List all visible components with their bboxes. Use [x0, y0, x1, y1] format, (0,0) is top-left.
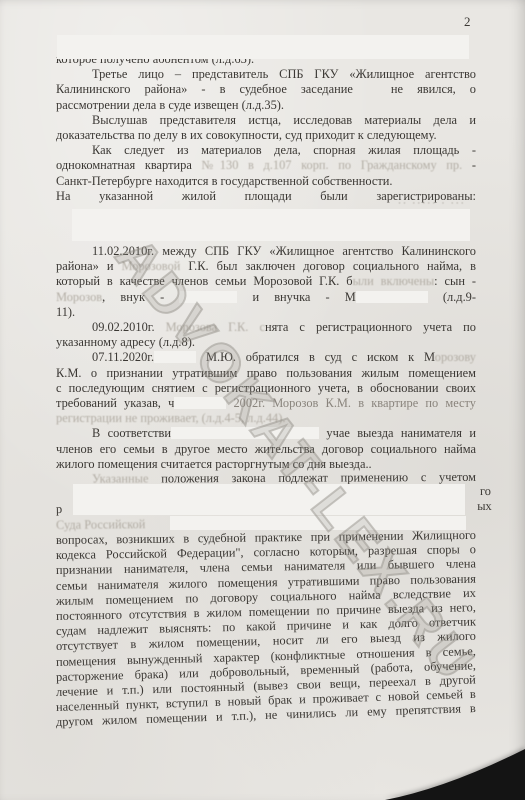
text-line: 09.02.2010г. Морозова Г.К. снята с регис… [56, 320, 476, 335]
text-segment: го [480, 484, 491, 498]
text-segment: и внучка - М [237, 290, 355, 304]
text-line: Морозов, внук - и внучка - М (л.д.9- [56, 290, 476, 305]
text-segment: 11). [56, 305, 75, 319]
text-segment: района» и [56, 259, 122, 273]
stray-marks: ·· ····· · ··· [398, 198, 466, 208]
text-line: членов его семьи в другое место жительст… [56, 442, 476, 457]
text-segment: ых [477, 499, 492, 513]
text-line: 11.02.2010г. между СПБ ГКУ «Жилищное аге… [56, 244, 476, 259]
text-segment: : сын - [434, 274, 476, 288]
text-line: требований указав, ч 2002г. Морозов К.М.… [56, 396, 476, 411]
page-number: 2 [464, 14, 471, 30]
text-segment: Третье лицо – представитель СПБ ГКУ «Жил… [92, 67, 476, 81]
redaction-box-ruling-2 [170, 516, 466, 530]
text-line: В соответстви учае выезда нанимателя и [56, 426, 476, 441]
text-segment: требований указав, ч [56, 396, 174, 410]
text-segment: М.Ю. обратился в суд с иском к М [196, 350, 435, 364]
text-line: Санкт-Петербурге находится в государстве… [56, 174, 476, 189]
text-segment: Морозовой [122, 259, 181, 273]
text-segment: К.М. о признании утратившим право пользо… [56, 366, 476, 380]
redaction-gap [179, 291, 237, 303]
text-line: однокомнатная квартира №130 в д.107 корп… [56, 158, 476, 173]
text-segment: Калининского района» - в судебное заседа… [56, 82, 353, 96]
text-line: Выслушав представителя истца, исследовав… [56, 113, 476, 128]
text-segment: ыли включены [353, 274, 435, 288]
text-segment: Морозова Г.К. с [166, 320, 265, 334]
redaction-gap [174, 397, 226, 409]
text-segment: однокомнатная квартира [56, 158, 201, 172]
text-line: 11). [56, 305, 476, 320]
text-segment: нята с регистрационного учета по [265, 320, 476, 334]
text-block: которое получено абонентом (л.д.63).Трет… [56, 52, 476, 731]
text-segment: 11.02.2010г. между СПБ ГКУ «Жилищное аге… [92, 244, 476, 258]
text-segment: Как следует из материалов дела, спорная … [92, 143, 476, 157]
text-line: 07.11.2020г. М.Ю. обратился в суд с иско… [56, 350, 476, 365]
redaction-box-top [57, 35, 469, 59]
redaction-gap [171, 427, 319, 439]
page-corner-fold [385, 745, 525, 800]
document-page: 2 которое получено абонентом (л.д.63).Тр… [0, 0, 525, 800]
text-segment: учае выезда нанимателя и [319, 426, 476, 440]
text-line: Калининского района» - в судебное заседа… [56, 82, 476, 97]
text-line: К.М. о признании утратившим право пользо… [56, 366, 476, 381]
text-segment: рассмотрении дела в суде извещен (л.д.35… [56, 98, 284, 112]
text-segment: Морозов [56, 290, 102, 304]
text-segment: Г.К. был заключен договор социального на… [180, 259, 476, 273]
redaction-gap [356, 291, 428, 303]
text-segment: В соответстви [92, 426, 171, 440]
corner-fold-shape [385, 749, 525, 800]
text-line: Как следует из материалов дела, спорная … [56, 143, 476, 158]
text-line: рассмотрении дела в суде извещен (л.д.35… [56, 98, 476, 113]
text-line: района» и Морозовой Г.К. был заключен до… [56, 259, 476, 274]
text-segment [353, 92, 377, 93]
redaction-gap [154, 351, 196, 363]
text-segment: 09.02.2010г. [92, 320, 166, 334]
text-line: который в качестве членов семьи Морозово… [56, 274, 476, 289]
text-segment: с последующим снятием с регистрационного… [56, 381, 476, 395]
text-segment: жилого помещения считается расторгнутым … [56, 457, 372, 471]
text-line: регистрации не проживает, (л.д.4-5, л.д.… [56, 411, 476, 426]
text-segment: - [462, 158, 476, 172]
text-segment: Выслушав представителя истца, исследовав… [92, 113, 476, 127]
redaction-box-registered [72, 209, 470, 241]
text-segment: который в качестве членов семьи Морозово… [56, 274, 353, 288]
text-line: Третье лицо – представитель СПБ ГКУ «Жил… [56, 67, 476, 82]
text-segment: Санкт-Петербурге находится в государстве… [56, 174, 393, 188]
text-segment: членов его семьи в другое место жительст… [56, 442, 476, 456]
text-line: указанному адресу (л.д.8). [56, 335, 476, 350]
text-segment: 07.11.2020г. [92, 350, 154, 364]
text-segment: доказательства по делу в их совокупности… [56, 128, 437, 142]
text-segment: (л.д.9- [428, 290, 476, 304]
text-segment: Суда Российской [56, 517, 145, 532]
text-segment: орозову [435, 350, 476, 364]
text-segment: , внук - [102, 290, 179, 304]
text-segment: №130 в д.107 корп. по Гражданскому пр. [201, 158, 462, 172]
text-line: с последующим снятием с регистрационного… [56, 381, 476, 396]
text-segment: не явился, о [377, 82, 476, 96]
text-segment: р [56, 502, 62, 516]
text-segment: регистрации не проживает, (л.д.4-5, л.д.… [56, 411, 285, 425]
text-segment: указанному адресу (л.д.8). [56, 335, 195, 349]
text-segment: 2002г. Морозов К.М. в квартире по месту [226, 396, 476, 410]
redaction-box-ruling [73, 484, 465, 515]
text-line: доказательства по делу в их совокупности… [56, 128, 476, 143]
